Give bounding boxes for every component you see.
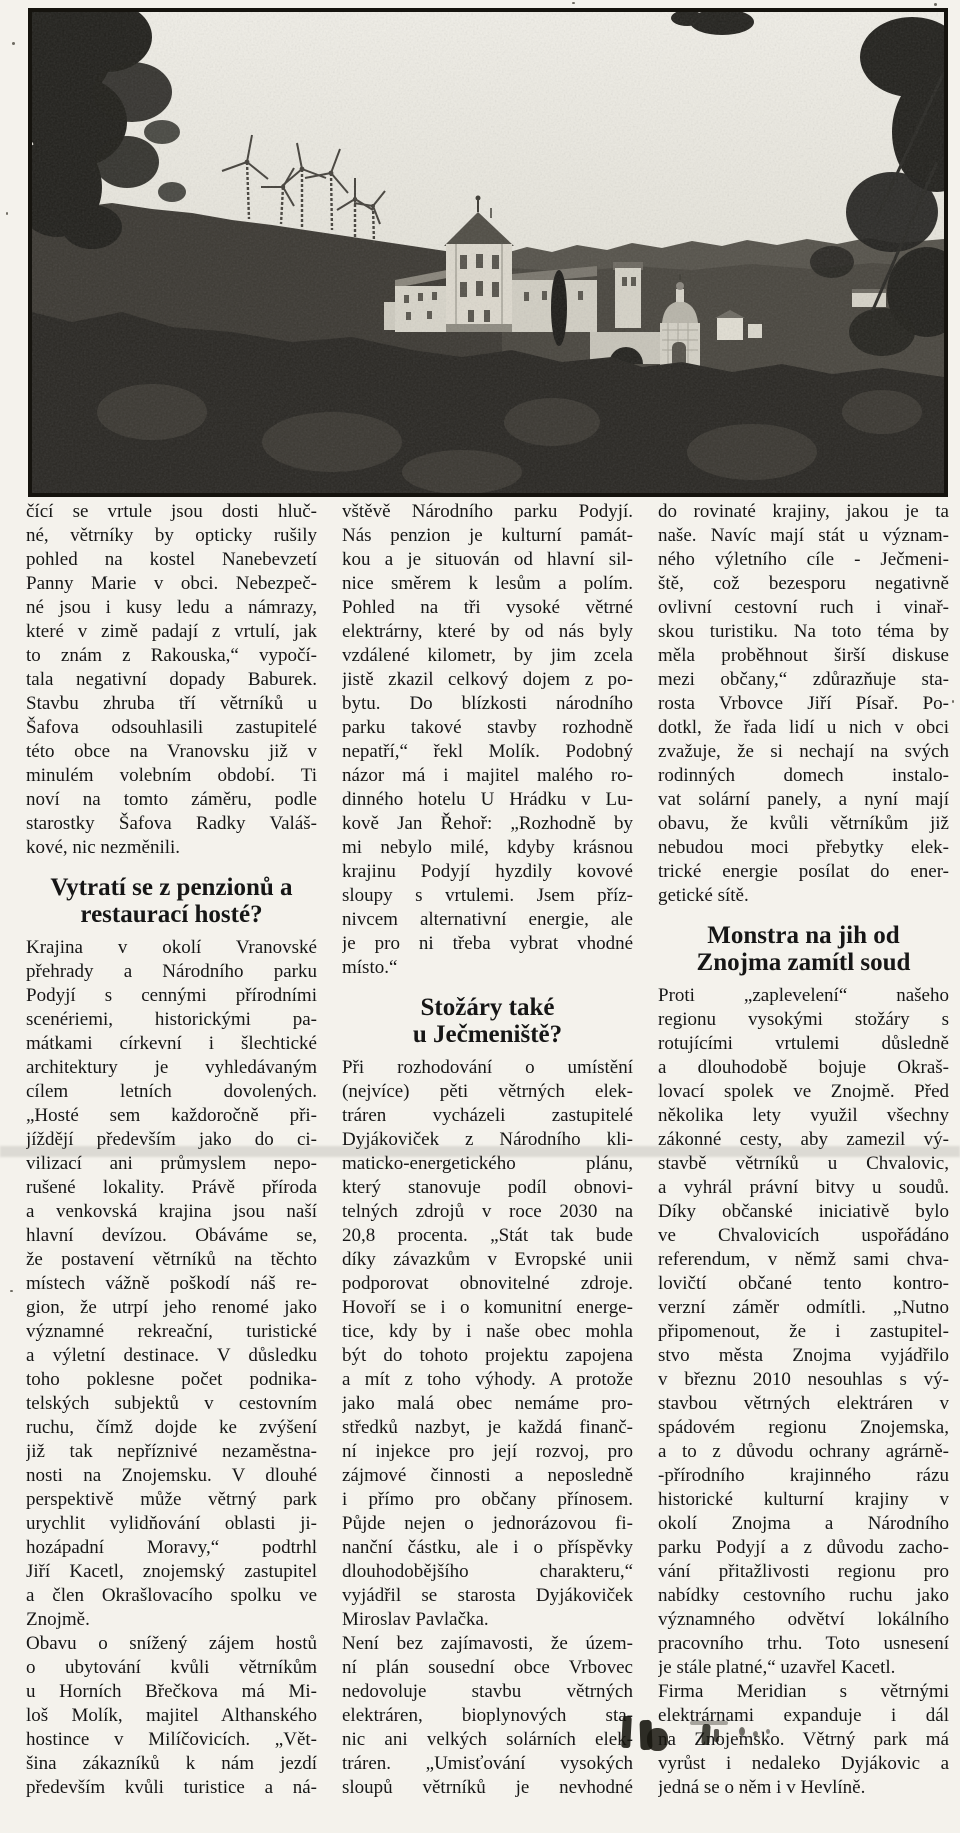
ink-smudge bbox=[647, 1728, 668, 1751]
text-line: ovlivní cestovní ruch i vinař- bbox=[658, 596, 949, 620]
paragraph: Krajina v okolí Vranovsképřehrady a Náro… bbox=[26, 936, 317, 1632]
text-line: to znám z Rakouska,“ vypočí- bbox=[26, 644, 317, 668]
text-line: ve Chvalovicích uspořádáno bbox=[658, 1224, 949, 1248]
text-line: referendum, v němž sami chva- bbox=[658, 1248, 949, 1272]
text-line: getické sítě. bbox=[658, 884, 949, 908]
text-line: vání přitažlivosti regionu pro bbox=[658, 1560, 949, 1584]
text-line: který stanovuje podíl obnovi- bbox=[342, 1176, 633, 1200]
text-line: jistě zkazil celkový dojem z po- bbox=[342, 668, 633, 692]
text-line: nepatří,“ řekl Molík. Podobný bbox=[342, 740, 633, 764]
text-line: čící se vrtule jsou dosti hluč- bbox=[26, 500, 317, 524]
text-line: významného odvětví lokálního bbox=[658, 1608, 949, 1632]
text-line: a to z důvodu ochrany agrárně- bbox=[658, 1440, 949, 1464]
text-line: nabídky cestovního ruchu jako bbox=[658, 1584, 949, 1608]
text-line: a výletní destinace. V důsledku bbox=[26, 1344, 317, 1368]
text-line: lovací spolek ve Znojmě. Před bbox=[658, 1080, 949, 1104]
text-line: o ubytování kvůli větrníkům bbox=[26, 1656, 317, 1680]
scan-speck bbox=[934, 3, 937, 6]
text-line: cílem letních dovolených. bbox=[26, 1080, 317, 1104]
scan-streak bbox=[0, 1146, 960, 1157]
text-line: vzdálené kilometr, by jim zcela bbox=[342, 644, 633, 668]
text-line: jedná se o něm i v Hevlíně. bbox=[658, 1776, 949, 1800]
ink-smudge bbox=[701, 1724, 710, 1746]
text-line: mi nebylo milé, kdyby krásnou bbox=[342, 836, 633, 860]
text-line: elektráren, bioplynových sta- bbox=[342, 1704, 633, 1728]
text-line: dotkl, že řada lidí u nich v obci bbox=[658, 716, 949, 740]
text-line: a mít z toho výhody. A protože bbox=[342, 1368, 633, 1392]
text-line: okolí Znojma a Národního bbox=[658, 1512, 949, 1536]
text-line: sloupů větrníků je nevhodné bbox=[342, 1776, 633, 1800]
text-line: nice směrem k lesům a polím. bbox=[342, 572, 633, 596]
text-line: obavu, že kvůli větrníkům již bbox=[658, 812, 949, 836]
text-line: 20,8 procenta. „Stát tak bude bbox=[342, 1224, 633, 1248]
text-line: Pohled na tři vysoké větrné bbox=[342, 596, 633, 620]
text-line: rušené lokality. Právě příroda bbox=[26, 1176, 317, 1200]
text-line: skou turistiku. Na toto téma by bbox=[658, 620, 949, 644]
text-line: přehrady a Národního parku bbox=[26, 960, 317, 984]
text-line: že postavení větrníků na těchto bbox=[26, 1248, 317, 1272]
text-line: pohled na kostel Nanebevzetí bbox=[26, 548, 317, 572]
text-line: noví na tomto záměru, podle bbox=[26, 788, 317, 812]
text-line: dlouhodobějšího charakteru,“ bbox=[342, 1560, 633, 1584]
scan-speck bbox=[952, 700, 954, 703]
text-line: místech vážně poškodí náš re- bbox=[26, 1272, 317, 1296]
text-line: starostky Šafova Radky Valáš- bbox=[26, 812, 317, 836]
text-line: šina zákazníků k nám jezdí bbox=[26, 1752, 317, 1776]
scan-speck bbox=[12, 42, 15, 45]
ink-smudge bbox=[621, 1716, 632, 1748]
text-line: loš Molík, majitel Althanského bbox=[26, 1704, 317, 1728]
text-line: né jsou i kusy ledu a námrazy, bbox=[26, 596, 317, 620]
text-line: v březnu 2010 nesouhlas s vý- bbox=[658, 1368, 949, 1392]
text-line: verzní záměr odmítli. „Nutno bbox=[658, 1296, 949, 1320]
text-line: je stále platné,“ uzavřel Kacetl. bbox=[658, 1656, 949, 1680]
text-line: Nás penzion je kulturní památ- bbox=[342, 524, 633, 548]
text-line: ného výletního cíle - Ječmeni- bbox=[658, 548, 949, 572]
text-line: Proti „zaplevelení“ našeho bbox=[658, 984, 949, 1008]
text-line: scenériemi, historickými pa- bbox=[26, 1008, 317, 1032]
text-line: ní plán sousední obce Vrbovec bbox=[342, 1656, 633, 1680]
text-line: místo.“ bbox=[342, 956, 633, 980]
text-line: vyrůst i nedaleko Dyjákovic a bbox=[658, 1752, 949, 1776]
text-line: tráren vycházeli zastupitelé bbox=[342, 1104, 633, 1128]
text-line: zvažuje, že si nechají na svých bbox=[658, 740, 949, 764]
text-line: a dlouhodobě bojuje Okraš- bbox=[658, 1056, 949, 1080]
text-line: hostince v Milíčovicích. „Vět- bbox=[26, 1728, 317, 1752]
text-line: hozápadní Moravy,“ podtrhl bbox=[26, 1536, 317, 1560]
text-line: měla proběhnout širší diskuse bbox=[658, 644, 949, 668]
heading-line: Stožáry také bbox=[342, 994, 633, 1021]
text-line: regionu vysokými stožáry s bbox=[658, 1008, 949, 1032]
paragraph: vštěvě Národního parku Podyjí.Nás penzio… bbox=[342, 500, 633, 980]
text-line: telských subjektů v cestovním bbox=[26, 1392, 317, 1416]
text-line: Není bez zajímavosti, že územ- bbox=[342, 1632, 633, 1656]
text-line: elektrárny, které by od nás byly bbox=[342, 620, 633, 644]
text-line: tráren. „Umisťování vysokých bbox=[342, 1752, 633, 1776]
text-line: pracovního trhu. Toto usnesení bbox=[658, 1632, 949, 1656]
text-line: perspektivě může větrný park bbox=[26, 1488, 317, 1512]
text-line: parku takové stavby rozhodně bbox=[342, 716, 633, 740]
newspaper-scan-page: { "page": { "kind": "scanned newspaper a… bbox=[0, 0, 960, 1833]
text-line: stvo města Znojma vyjádřilo bbox=[658, 1344, 949, 1368]
text-line: -přírodního krajinného rázu bbox=[658, 1464, 949, 1488]
text-line: ště, což bezesporu negativně bbox=[658, 572, 949, 596]
paragraph: Není bez zajímavosti, že územ-ní plán so… bbox=[342, 1632, 633, 1800]
text-line: do rovinaté krajiny, jakou je ta bbox=[658, 500, 949, 524]
text-line: i přímo pro občany přínosem. bbox=[342, 1488, 633, 1512]
scan-speck bbox=[10, 1290, 13, 1292]
text-line: vyjádřil se starosta Dyjákoviček bbox=[342, 1584, 633, 1608]
text-line: né, větrníky by opticky rušily bbox=[26, 524, 317, 548]
ink-smudge bbox=[690, 1721, 728, 1725]
text-line: nosti na Znojemsku. V dlouhé bbox=[26, 1464, 317, 1488]
text-line: rodinných domech instalo- bbox=[658, 764, 949, 788]
text-line: Krajina v okolí Vranovské bbox=[26, 936, 317, 960]
text-line: Půjde nejen o jednorázovou fi- bbox=[342, 1512, 633, 1536]
text-line: několika lety využil všechny bbox=[658, 1104, 949, 1128]
paragraph: Obavu o snížený zájem hostůo ubytování k… bbox=[26, 1632, 317, 1800]
text-line: sloupy s vrtulemi. Jsem příz- bbox=[342, 884, 633, 908]
text-line: hlavní devízou. Obáváme se, bbox=[26, 1224, 317, 1248]
text-line: Hovoří se i o komunitní energe- bbox=[342, 1296, 633, 1320]
text-line: ní injekce pro její rozvoj, pro bbox=[342, 1440, 633, 1464]
text-line: mezi občany,“ zdůrazňuje sta- bbox=[658, 668, 949, 692]
section-heading: Vytratí se z penzionů arestaurací hosté? bbox=[26, 874, 317, 928]
text-line: minulém volebním období. Ti bbox=[26, 764, 317, 788]
text-line: telných zdrojů v roce 2030 na bbox=[342, 1200, 633, 1224]
text-line: kově Jan Řehoř: „Rozhodně by bbox=[342, 812, 633, 836]
paragraph: do rovinaté krajiny, jakou je tanaše. Na… bbox=[658, 500, 949, 908]
text-line: vštěvě Národního parku Podyjí. bbox=[342, 500, 633, 524]
ink-smudge bbox=[739, 1727, 745, 1736]
text-line: naše. Navíc mají stát u význam- bbox=[658, 524, 949, 548]
text-line: spádovém regionu Znojemska, bbox=[658, 1416, 949, 1440]
text-line: nanční částku, ale i o příspěvky bbox=[342, 1536, 633, 1560]
text-line: rotujícími vrtulemi důsledně bbox=[658, 1032, 949, 1056]
paragraph: čící se vrtule jsou dosti hluč-né, větrn… bbox=[26, 500, 317, 860]
text-line: a člen Okrašlovacího spolku ve bbox=[26, 1584, 317, 1608]
photo-illustration bbox=[32, 12, 944, 493]
scan-speck bbox=[6, 212, 8, 215]
text-line: Šafova odsouhlasili zastupitelé bbox=[26, 716, 317, 740]
text-line: Panny Marie v obci. Nebezpeč- bbox=[26, 572, 317, 596]
text-line: této obce na Vranovsku již v bbox=[26, 740, 317, 764]
text-line: již tak nepříznivé nezaměstna- bbox=[26, 1440, 317, 1464]
text-line: (nejvíce) pěti větrných elek- bbox=[342, 1080, 633, 1104]
text-line: významné rekreační, turistické bbox=[26, 1320, 317, 1344]
heading-line: Vytratí se z penzionů a bbox=[26, 874, 317, 901]
article-photo bbox=[28, 8, 948, 497]
text-line: Jiří Kacetl, znojemský zastupitel bbox=[26, 1560, 317, 1584]
ink-smudge bbox=[766, 1729, 770, 1734]
scan-speck bbox=[572, 2, 575, 4]
text-line: nivcem alternativní energie, ale bbox=[342, 908, 633, 932]
text-line: ruchu, čímž dojde ke zvýšení bbox=[26, 1416, 317, 1440]
text-line: Firma Meridian s větrnými bbox=[658, 1680, 949, 1704]
heading-line: restaurací hosté? bbox=[26, 901, 317, 928]
text-line: Obavu o snížený zájem hostů bbox=[26, 1632, 317, 1656]
text-line: nic ani velkých solárních elek- bbox=[342, 1728, 633, 1752]
text-line: podporovat obnovitelné zdroje. bbox=[342, 1272, 633, 1296]
text-line: Stavbu zhruba tří větrníků u bbox=[26, 692, 317, 716]
text-line: rosta Vrbovce Jiří Písař. Po- bbox=[658, 692, 949, 716]
text-line: lovičtí občané tento kontro- bbox=[658, 1272, 949, 1296]
text-line: středků nazbyt, je každá finanč- bbox=[342, 1416, 633, 1440]
text-line: být do tohoto projektu zapojena bbox=[342, 1344, 633, 1368]
text-line: u Horních Břečkova má Mi- bbox=[26, 1680, 317, 1704]
heading-line: Znojma zamítl soud bbox=[658, 949, 949, 976]
text-line: bytu. Do blízkosti národního bbox=[342, 692, 633, 716]
text-line: stavbou větrných elektráren v bbox=[658, 1392, 949, 1416]
text-line: parku Podyjí a z důvodu zacho- bbox=[658, 1536, 949, 1560]
text-line: Miroslav Pavlačka. bbox=[342, 1608, 633, 1632]
paragraph: Při rozhodování o umístění(nejvíce) pěti… bbox=[342, 1056, 633, 1632]
text-line: je pro ni třeba vybrat vhodné bbox=[342, 932, 633, 956]
text-line: které v zimě padají z vrtulí, jak bbox=[26, 620, 317, 644]
text-line: Znojmě. bbox=[26, 1608, 317, 1632]
text-line: nedovoluje stavbu větrných bbox=[342, 1680, 633, 1704]
paragraph: Proti „zaplevelení“ našehoregionu vysoký… bbox=[658, 984, 949, 1680]
heading-line: u Ječmeniště? bbox=[342, 1021, 633, 1048]
heading-line: Monstra na jih od bbox=[658, 922, 949, 949]
text-line: tice, kdy by i naše obec mohla bbox=[342, 1320, 633, 1344]
text-line: díky závazkům v Evropské unii bbox=[342, 1248, 633, 1272]
text-line: krajinu Podyjí hyzdily kovové bbox=[342, 860, 633, 884]
text-line: dinného hotelu U Hrádku v Lu- bbox=[342, 788, 633, 812]
section-heading: Monstra na jih odZnojma zamítl soud bbox=[658, 922, 949, 976]
text-line: gion, že utrpí jeho renomé jako bbox=[26, 1296, 317, 1320]
text-line: vat solární panely, a nyní mají bbox=[658, 788, 949, 812]
text-line: urychlit vylidňování oblasti ji- bbox=[26, 1512, 317, 1536]
text-line: především kvůli turistice a ná- bbox=[26, 1776, 317, 1800]
text-line: nebudou moci přebytky elek- bbox=[658, 836, 949, 860]
text-line: jako malá obec nemáme pro- bbox=[342, 1392, 633, 1416]
text-line: zájmové činnosti a neposledně bbox=[342, 1464, 633, 1488]
text-line: mátkami církevní i šlechtické bbox=[26, 1032, 317, 1056]
section-heading: Stožáry takéu Ječmeniště? bbox=[342, 994, 633, 1048]
text-line: trické energie posílat do ener- bbox=[658, 860, 949, 884]
text-line: a vyhrál právní bitvy u soudů. bbox=[658, 1176, 949, 1200]
ink-smudge bbox=[753, 1731, 758, 1737]
text-line: tala negativní dopady Baburek. bbox=[26, 668, 317, 692]
text-line: a venkovská krajina jsou naší bbox=[26, 1200, 317, 1224]
text-line: názor má i majitel malého ro- bbox=[342, 764, 633, 788]
text-line: historické kulturní krajiny v bbox=[658, 1488, 949, 1512]
text-line: kou a je situován od hlavní sil- bbox=[342, 548, 633, 572]
text-line: „Hosté sem každoročně při- bbox=[26, 1104, 317, 1128]
text-line: architektury je vyhledávaným bbox=[26, 1056, 317, 1080]
text-line: toho poklesne počet podnika- bbox=[26, 1368, 317, 1392]
text-line: Při rozhodování o umístění bbox=[342, 1056, 633, 1080]
text-line: Podyjí s cennými přírodními bbox=[26, 984, 317, 1008]
text-line: připomenout, že i zastupitel- bbox=[658, 1320, 949, 1344]
ink-smudge bbox=[714, 1729, 719, 1742]
text-line: Díky občanské iniciativě bylo bbox=[658, 1200, 949, 1224]
text-line: kové, nic nezměnili. bbox=[26, 836, 317, 860]
